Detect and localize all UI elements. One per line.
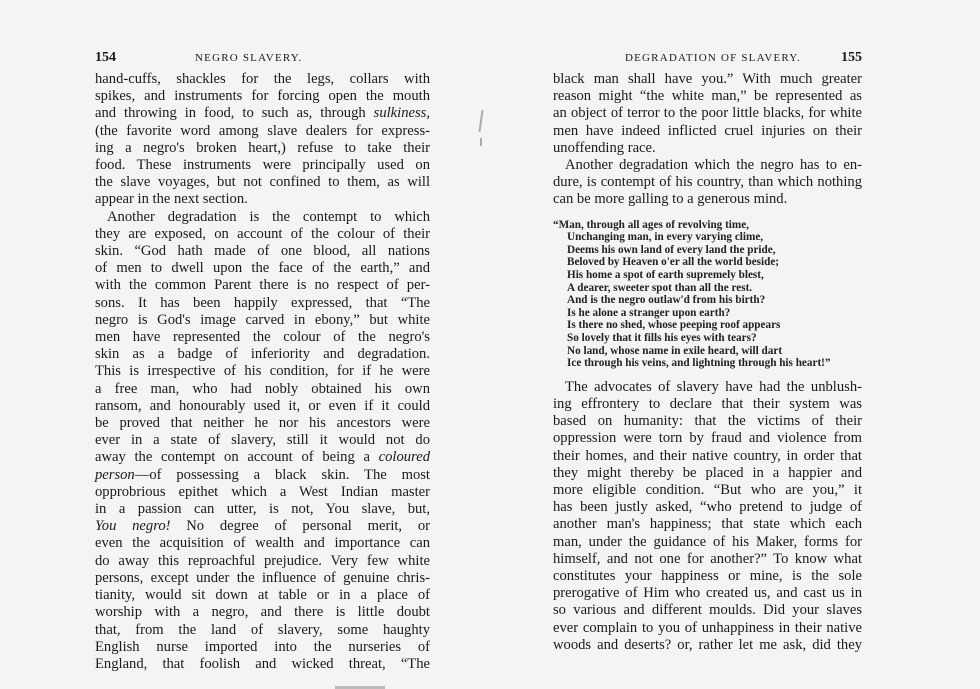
italic-text: sulkiness, <box>374 105 430 121</box>
text-line: reason might “the white man,” be represe… <box>553 88 862 105</box>
text-line: oppression were torn by fraud and violen… <box>553 430 862 447</box>
text-line: ever in a state of slavery, still it wou… <box>95 432 430 449</box>
italic-text: person <box>95 467 135 483</box>
text-line: they are exposed, on account of the colo… <box>95 226 430 243</box>
poem-line: No land, whose name in exile heard, will… <box>553 345 862 358</box>
poem-line: Is there no shed, whose peeping roof app… <box>553 319 862 332</box>
text-line: black man shall have you.” With much gre… <box>553 71 862 88</box>
poem-line: Deems his own land of every land the pri… <box>553 244 862 257</box>
left-running-head: 154 NEGRO SLAVERY. <box>95 50 430 68</box>
text-line: more eligible condition. “But who are yo… <box>553 482 862 499</box>
text-line: in a passion can utter, is not, You slav… <box>95 501 430 518</box>
poem-line: And is the negro outlaw'd from his birth… <box>553 294 862 307</box>
running-title: DEGRADATION OF SLAVERY. <box>625 52 801 64</box>
gutter-mark <box>480 138 482 146</box>
poem-line: A dearer, sweeter spot than all the rest… <box>553 282 862 295</box>
text-line: so various and different moulds. Did you… <box>553 602 862 619</box>
text-segment: —of possessing a black skin. The most <box>135 467 430 483</box>
text-line: skin as a badge of inferiority and degra… <box>95 346 430 363</box>
poem-line: Is he alone a stranger upon earth? <box>553 307 862 320</box>
page-number: 154 <box>95 50 195 66</box>
text-segment: away the contempt on account of being a <box>95 449 379 465</box>
text-line: constitutes your happiness or mine, is t… <box>553 568 862 585</box>
text-line: ransom, and honourably used it, or even … <box>95 398 430 415</box>
italic-text: You negro! <box>95 518 171 534</box>
text-line: persons, except under the influence of g… <box>95 570 430 587</box>
poem-line: So lovely that it fills his eyes with te… <box>553 332 862 345</box>
text-line: skin. “God hath made of one blood, all n… <box>95 243 430 260</box>
right-running-head: DEGRADATION OF SLAVERY. 155 <box>553 50 862 68</box>
text-line: do away this reproachful prejudice. Very… <box>95 553 430 570</box>
text-line: Another degradation is the contempt to w… <box>95 209 430 226</box>
text-line: himself, and not one for another?” To kn… <box>553 551 862 568</box>
text-line: away the contempt on account of being a … <box>95 449 430 466</box>
text-line: of men to dwell upon the face of the ear… <box>95 260 430 277</box>
text-line: opprobrious epithet which a West Indian … <box>95 484 430 501</box>
right-body-text-top: black man shall have you.” With much gre… <box>553 71 862 209</box>
text-line: be proved that neither he nor his ancest… <box>95 415 430 432</box>
text-line: can be more galling to a generous mind. <box>553 191 862 208</box>
text-line: even the acquisition of wealth and impor… <box>95 535 430 552</box>
text-line: ing a negro's broken heart,) refuse to t… <box>95 140 430 157</box>
text-line: based on humanity: that the victims of t… <box>553 413 862 430</box>
text-line: with the common Parent there is no respe… <box>95 277 430 294</box>
text-line: another man's happiness; that state whic… <box>553 516 862 533</box>
text-line: their homes, and their native country, i… <box>553 448 862 465</box>
poem-line: Ice through his veins, and lightning thr… <box>553 357 862 370</box>
text-line: and throwing in food, to such as, throug… <box>95 105 430 122</box>
text-line: appear in the next section. <box>95 191 430 208</box>
running-title: NEGRO SLAVERY. <box>195 52 302 64</box>
text-line: This is irrespective of his condition, f… <box>95 363 430 380</box>
italic-text: coloured <box>379 449 430 465</box>
right-page: DEGRADATION OF SLAVERY. 155 black man sh… <box>553 50 862 654</box>
text-line: England, that foolish and wicked threat,… <box>95 656 430 673</box>
text-segment: and throwing in food, to such as, throug… <box>95 105 374 121</box>
text-line: an object of terror to the poor little b… <box>553 105 862 122</box>
right-body-text-bottom: The advocates of slavery have had the un… <box>553 379 862 654</box>
text-segment: No degree of personal merit, or <box>171 518 431 534</box>
text-line: a free man, who had nobly obtained his o… <box>95 381 430 398</box>
text-line: You negro! No degree of personal merit, … <box>95 518 430 535</box>
text-line: woods and deserts? or, rather let me ask… <box>553 637 862 654</box>
text-line: Another degradation which the negro has … <box>553 157 862 174</box>
text-line: (the favorite word among slave dealers f… <box>95 123 430 140</box>
text-line: prerogative of Him who created us, and c… <box>553 585 862 602</box>
text-line: men have represented the colour of the n… <box>95 329 430 346</box>
text-line: has been justly asked, “who pretend to j… <box>553 499 862 516</box>
text-line: ing effrontery to declare that their sys… <box>553 396 862 413</box>
poem-line: “Man, through all ages of revolving time… <box>553 219 862 232</box>
text-line: person—of possessing a black skin. The m… <box>95 467 430 484</box>
text-line: spikes, and instruments for forcing open… <box>95 88 430 105</box>
text-line: that, from the land of slavery, some hau… <box>95 622 430 639</box>
text-line: hand-cuffs, shackles for the legs, colla… <box>95 71 430 88</box>
text-line: ever complain to you of unhappiness in t… <box>553 620 862 637</box>
poem-quotation: “Man, through all ages of revolving time… <box>553 219 862 370</box>
poem-line: His home a spot of earth supremely blest… <box>553 269 862 282</box>
text-line: they might thereby be placed in a happie… <box>553 465 862 482</box>
left-page: 154 NEGRO SLAVERY. hand-cuffs, shackles … <box>95 50 430 673</box>
text-line: man, under the guidance of his Maker, fo… <box>553 534 862 551</box>
text-line: unoffending race. <box>553 140 862 157</box>
text-line: English nurse imported into the nurserie… <box>95 639 430 656</box>
text-line: men have indeed inflicted cruel injuries… <box>553 123 862 140</box>
text-line: dure, is contempt of his country, than w… <box>553 174 862 191</box>
text-line: negro is God's image carved in ebony,” b… <box>95 312 430 329</box>
page-number: 155 <box>841 50 862 66</box>
text-line: worship with a negro, and there is littl… <box>95 604 430 621</box>
text-line: food. These instruments were principally… <box>95 157 430 174</box>
text-line: sons. It has been happily expressed, tha… <box>95 295 430 312</box>
text-line: tianity, would sit down at table or in a… <box>95 587 430 604</box>
poem-line: Unchanging man, in every varying clime, <box>553 231 862 244</box>
poem-line: Beloved by Heaven o'er all the world bes… <box>553 256 862 269</box>
left-body-text: hand-cuffs, shackles for the legs, colla… <box>95 71 430 673</box>
text-line: the slave voyages, but not confined to t… <box>95 174 430 191</box>
gutter-mark <box>478 110 483 132</box>
text-line: The advocates of slavery have had the un… <box>553 379 862 396</box>
